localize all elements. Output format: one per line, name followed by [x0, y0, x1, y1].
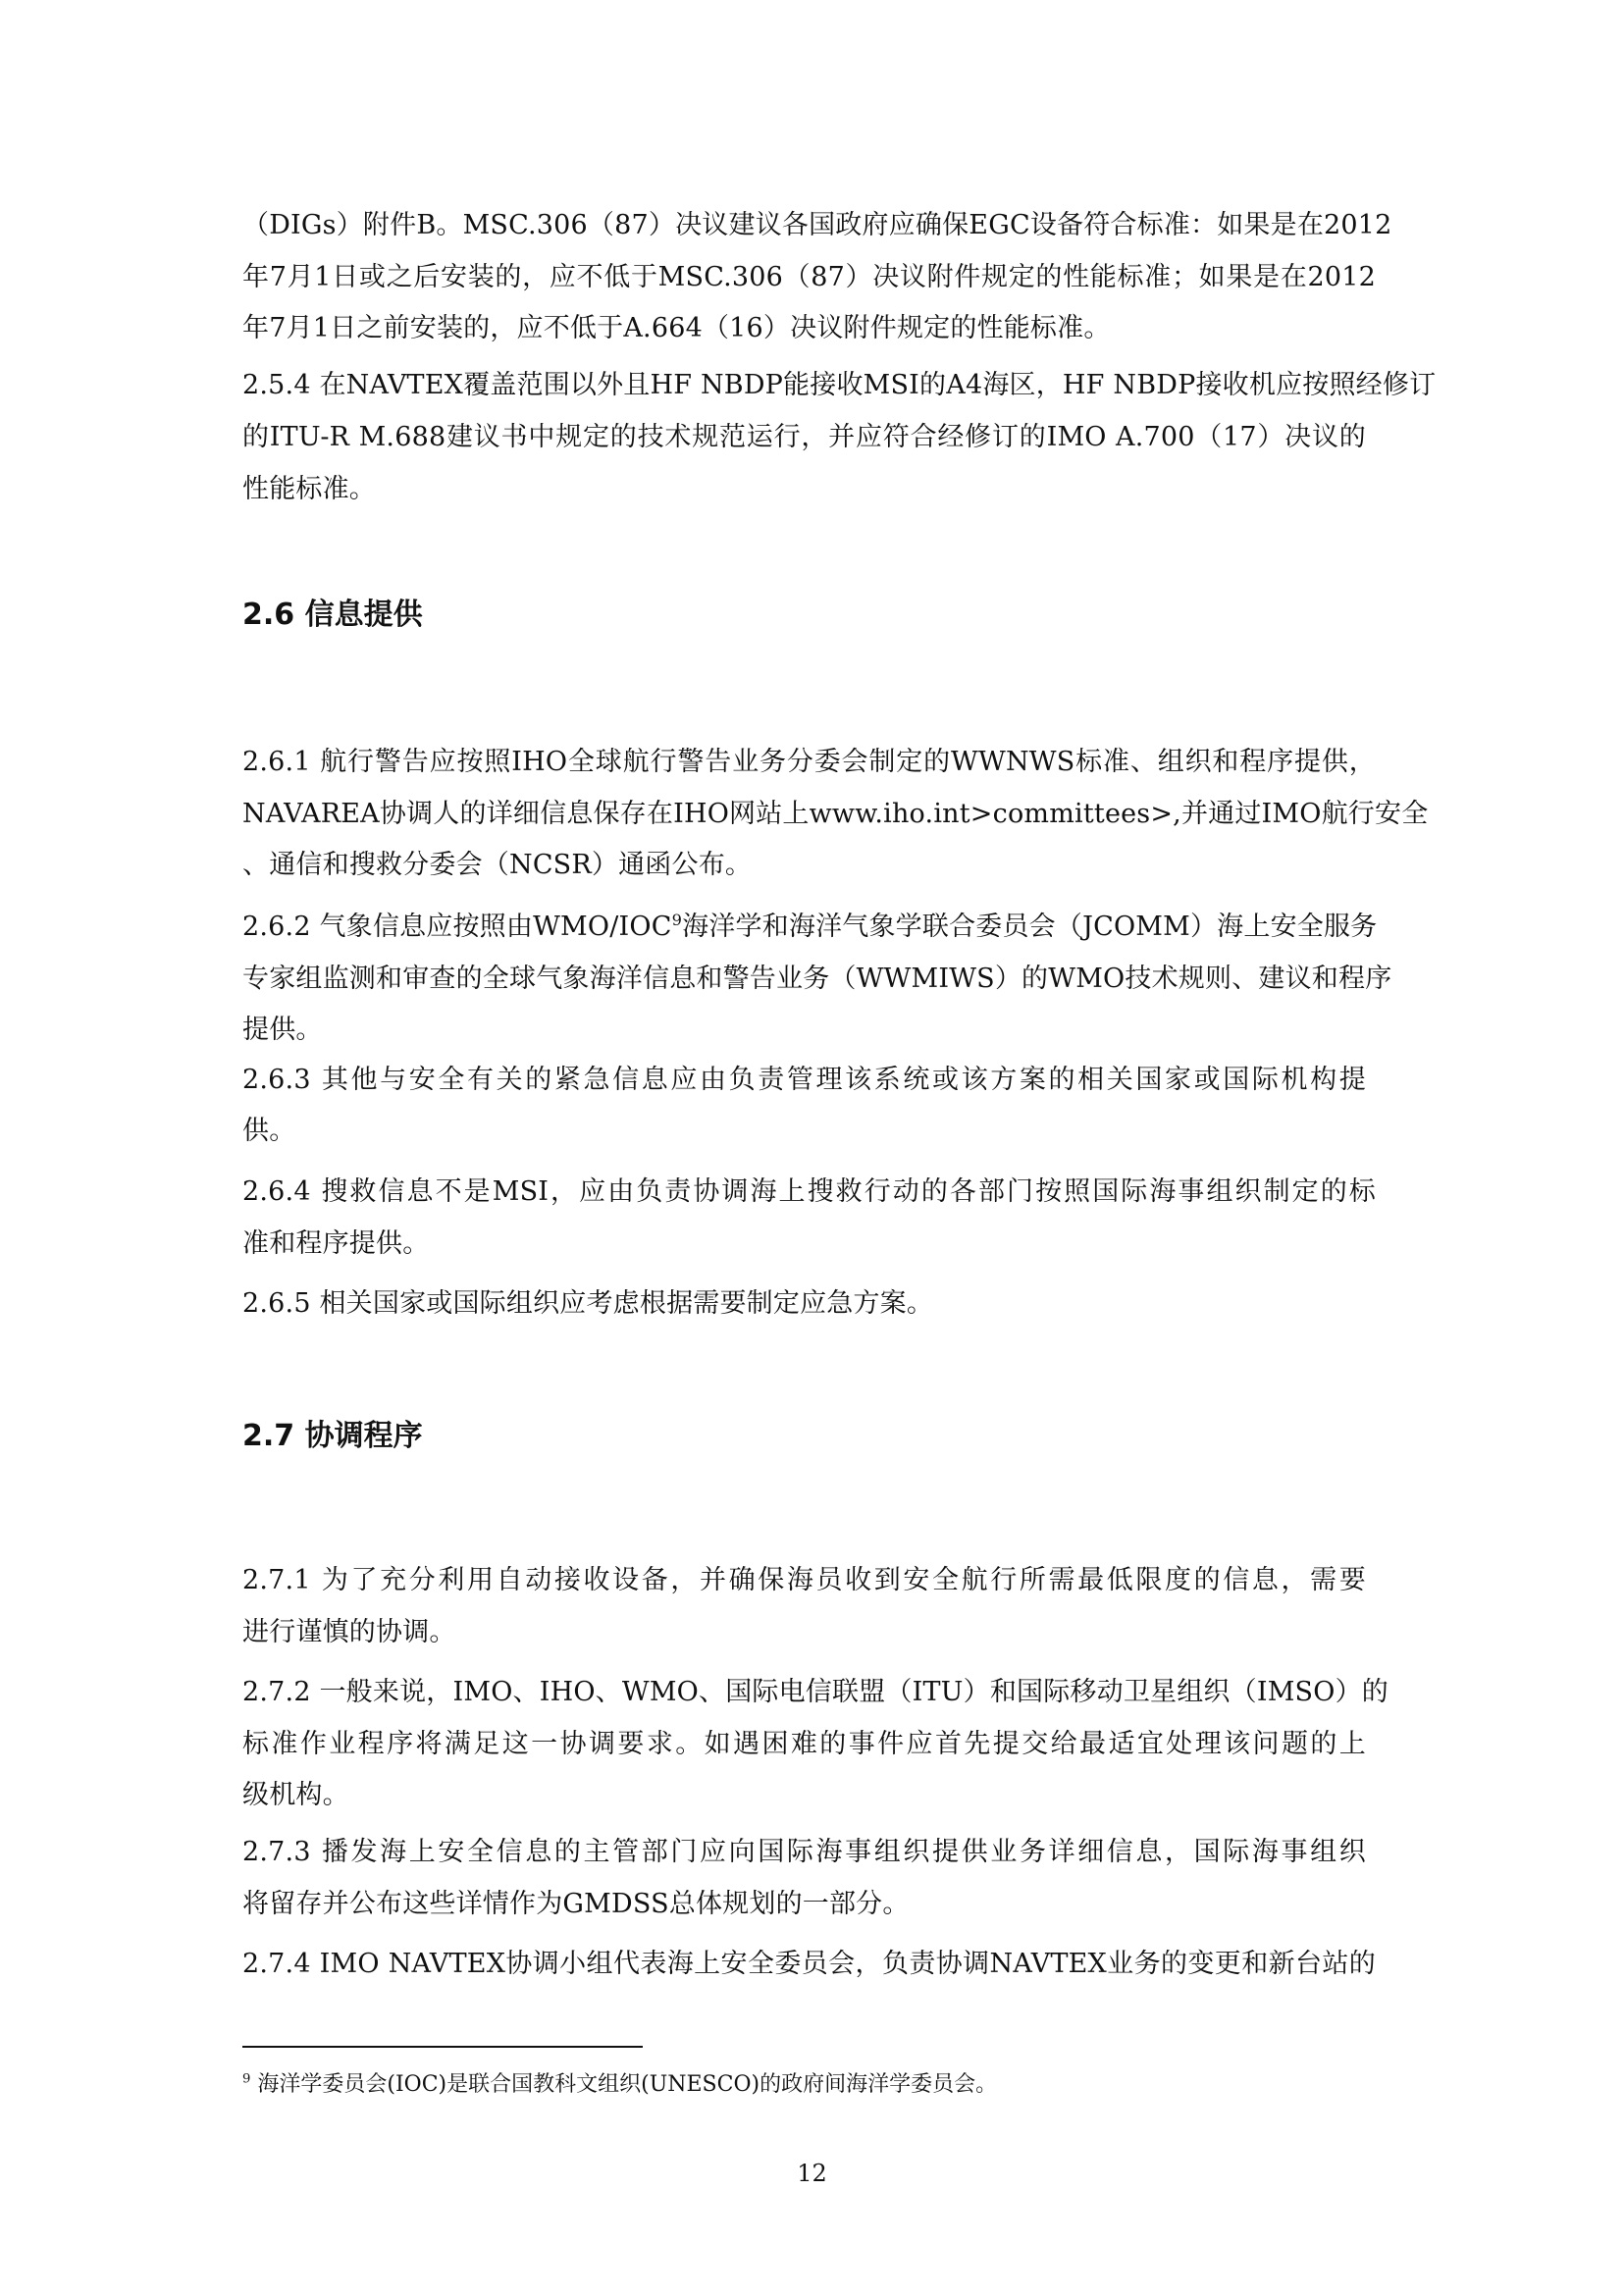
paragraph-2-5-3-line-2: 年7月1日或之后安装的，应不低于MSC.306（87）决议附件规定的性能标准；如…: [242, 261, 1376, 294]
paragraph-2-6-1-line-2: NAVAREA协调人的详细信息保存在IHO网站上www.iho.int>comm…: [242, 798, 1376, 831]
paragraph-2-5-4-line-1: 2.5.4 在NAVTEX覆盖范围以外且HF NBDP能接收MSI的A4海区，H…: [242, 369, 1376, 402]
footnote-marker: 9: [242, 2072, 250, 2087]
paragraph-2-7-3-line-2: 将留存并公布这些详情作为GMDSS总体规划的一部分。: [242, 1888, 910, 1921]
paragraph-2-6-4-line-2: 准和程序提供。: [242, 1227, 429, 1261]
footnote-reference-9[interactable]: 9: [672, 911, 683, 929]
paragraph-2-6-2-line-2: 专家组监测和审查的全球气象海洋信息和警告业务（WWMIWS）的WMO技术规则、建…: [242, 963, 1376, 996]
paragraph-2-5-4-line-3: 性能标准。: [242, 473, 376, 506]
section-heading-2-7: 2.7 协调程序: [242, 1418, 423, 1455]
paragraph-2-6-3-line-1: 2.6.3 其他与安全有关的紧急信息应由负责管理该系统或该方案的相关国家或国际机…: [242, 1064, 1366, 1097]
section-heading-2-6: 2.6 信息提供: [242, 597, 423, 634]
document-page: （DIGs）附件B。MSC.306（87）决议建议各国政府应确保EGC设备符合标…: [0, 0, 1624, 2295]
paragraph-2-6-1-line-3: 、通信和搜救分委会（NCSR）通函公布。: [242, 849, 752, 882]
paragraph-2-7-1-line-1: 2.7.1 为了充分利用自动接收设备，并确保海员收到安全航行所需最低限度的信息，…: [242, 1564, 1366, 1597]
paragraph-2-7-1-line-2: 进行谨慎的协调。: [242, 1616, 456, 1649]
paragraph-2-7-4-line-1: 2.7.4 IMO NAVTEX协调小组代表海上安全委员会，负责协调NAVTEX…: [242, 1948, 1376, 1981]
paragraph-2-7-3-line-1: 2.7.3 播发海上安全信息的主管部门应向国际海事组织提供业务详细信息，国际海事…: [242, 1836, 1366, 1869]
paragraph-2-6-1-line-1: 2.6.1 航行警告应按照IHO全球航行警告业务分委会制定的WWNWS标准、组织…: [242, 746, 1376, 779]
footnote-separator: [242, 2046, 643, 2048]
paragraph-2-6-4-line-1: 2.6.4 搜救信息不是MSI，应由负责协调海上搜救行动的各部门按照国际海事组织…: [242, 1175, 1376, 1209]
paragraph-2-6-3-line-2: 供。: [242, 1115, 295, 1148]
paragraph-2-6-2-line-3: 提供。: [242, 1014, 323, 1047]
paragraph-2-6-5-line-1: 2.6.5 相关国家或国际组织应考虑根据需要制定应急方案。: [242, 1287, 933, 1321]
paragraph-2-7-2-line-1: 2.7.2 一般来说，IMO、IHO、WMO、国际电信联盟（ITU）和国际移动卫…: [242, 1676, 1366, 1709]
page-number: 12: [0, 2159, 1624, 2188]
paragraph-2-6-2-line-1: 2.6.2 气象信息应按照由WMO/IOC9海洋学和海洋气象学联合委员会（JCO…: [242, 911, 1376, 944]
footnote-9: 9 海洋学委员会(IOC)是联合国教科文组织(UNESCO)的政府间海洋学委员会…: [242, 2070, 997, 2100]
paragraph-2-6-2-line-1-suffix: 海洋学和海洋气象学联合委员会（JCOMM）海上安全服务: [682, 912, 1377, 942]
paragraph-2-7-2-line-2: 标准作业程序将满足这一协调要求。如遇困难的事件应首先提交给最适宜处理该问题的上: [242, 1728, 1366, 1761]
paragraph-2-5-3-line-1: （DIGs）附件B。MSC.306（87）决议建议各国政府应确保EGC设备符合标…: [242, 209, 1376, 242]
paragraph-2-7-2-line-3: 级机构。: [242, 1779, 349, 1812]
paragraph-2-5-4-line-2: 的ITU-R M.688建议书中规定的技术规范运行，并应符合经修订的IMO A.…: [242, 421, 1366, 454]
paragraph-2-5-3-line-3: 年7月1日之前安装的，应不低于A.664（16）决议附件规定的性能标准。: [242, 312, 1111, 345]
paragraph-2-6-2-line-1-prefix: 2.6.2 气象信息应按照由WMO/IOC: [242, 912, 672, 942]
footnote-text: 海洋学委员会(IOC)是联合国教科文组织(UNESCO)的政府间海洋学委员会。: [257, 2072, 997, 2097]
